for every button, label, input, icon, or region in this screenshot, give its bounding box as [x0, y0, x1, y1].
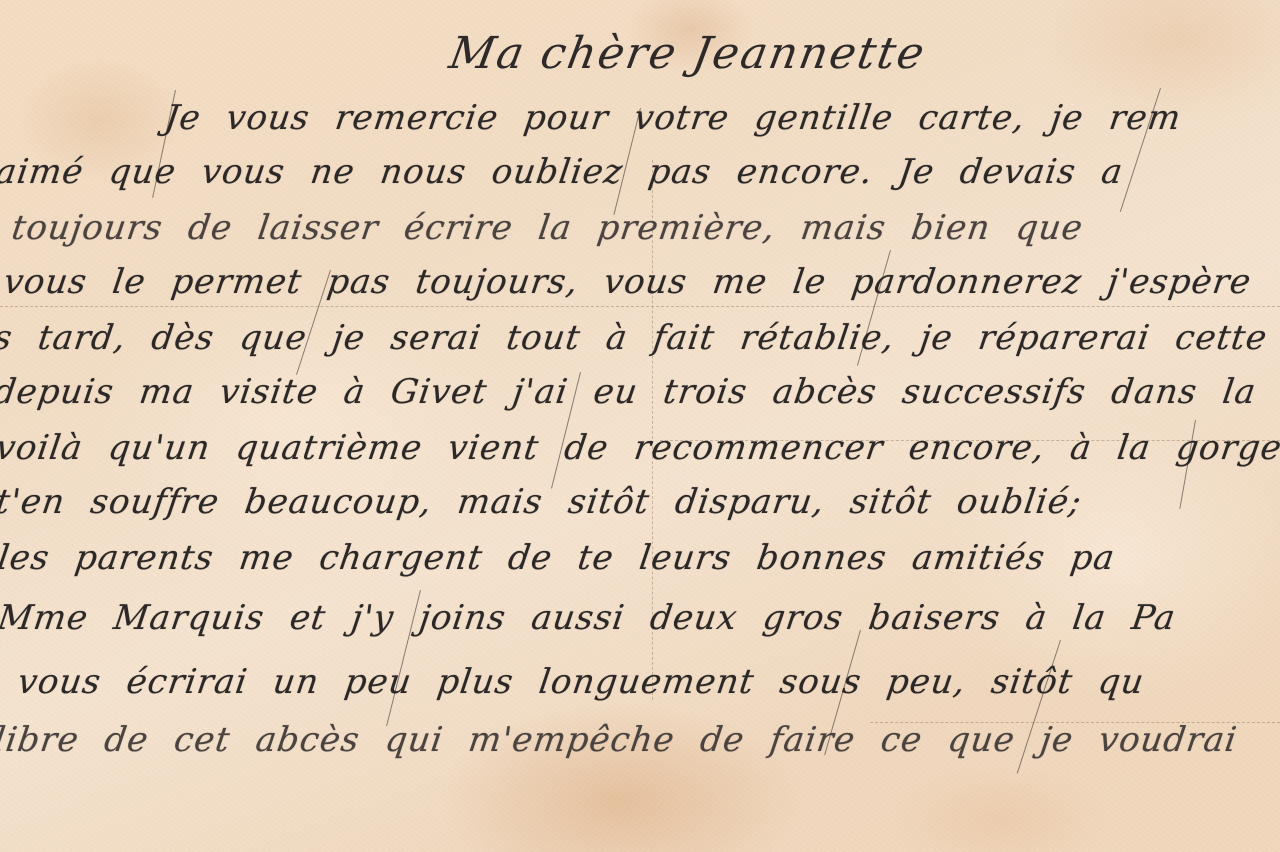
- letter-line: Mme Marquis et j'y joins aussi deux gros…: [0, 598, 1178, 638]
- letter-line: les parents me chargent de te leurs bonn…: [0, 538, 1118, 578]
- letter-line: t'en souffre beaucoup, mais sitôt dispar…: [0, 482, 1084, 522]
- letter-line: toujours de laisser écrire la première, …: [9, 208, 1086, 248]
- letter-line: vous écrirai un peu plus longuement sous…: [15, 662, 1147, 702]
- letter-line: Je vous remercie pour votre gentille car…: [162, 98, 1184, 138]
- fold-crease-horizontal: [0, 306, 1280, 307]
- letter-line: vous le permet pas toujours, vous me le …: [1, 262, 1254, 302]
- letter-line: s tard, dès que je serai tout à fait rét…: [0, 318, 1270, 358]
- letter-photo: Ma chère Jeannette Je vous remercie pour…: [0, 0, 1280, 852]
- letter-line: voilà qu'un quatrième vient de recommenc…: [0, 428, 1280, 468]
- letter-line: aimé que vous ne nous oubliez pas encore…: [0, 152, 1126, 192]
- letter-line: depuis ma visite à Givet j'ai eu trois a…: [0, 372, 1259, 412]
- letter-line: libre de cet abcès qui m'empêche de fair…: [0, 720, 1240, 760]
- letter-salutation: Ma chère Jeannette: [446, 28, 930, 79]
